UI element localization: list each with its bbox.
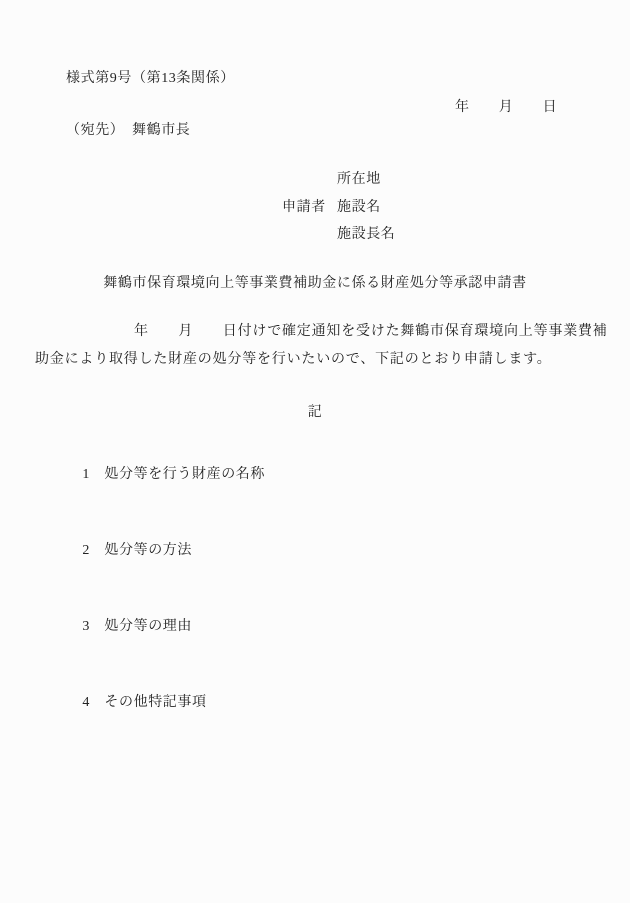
list-item-label: 処分等を行う財産の名称: [104, 467, 265, 482]
form-number: 様式第9号（第13条関係）: [66, 72, 235, 86]
list-item-label: その他特記事項: [104, 695, 206, 710]
applicant-field-facility-head: 施設長名: [337, 228, 395, 242]
applicant-field-facility-name: 施設名: [337, 201, 381, 215]
applicant-label: 申請者: [282, 201, 326, 215]
list-item-number: 3: [82, 620, 104, 634]
list-item-label: 処分等の方法: [104, 543, 192, 558]
applicant-field-address: 所在地: [337, 173, 381, 187]
list-item-disposal-reason: 3処分等の理由: [66, 606, 192, 648]
date-line: 年 月 日: [455, 101, 557, 115]
list-item-label: 処分等の理由: [104, 619, 192, 634]
list-item-number: 2: [82, 544, 104, 558]
document-title: 舞鶴市保育環境向上等事業費補助金に係る財産処分等承認申請書: [0, 277, 630, 291]
list-item-number: 4: [82, 696, 104, 710]
document-page: 様式第9号（第13条関係） 年 月 日 （宛先） 舞鶴市長 所在地 申請者 施設…: [0, 0, 630, 903]
body-paragraph-line-1: 年 月 日付けで確定通知を受けた舞鶴市保育環境向上等事業費補: [134, 325, 608, 339]
body-paragraph-line-2: 助金により取得した財産の処分等を行いたいので、下記のとおり申請します。: [35, 353, 552, 367]
addressee-line: （宛先） 舞鶴市長: [66, 124, 190, 138]
list-heading-ki: 記: [0, 406, 630, 420]
list-item-disposal-method: 2処分等の方法: [66, 530, 192, 572]
list-item-property-name: 1処分等を行う財産の名称: [66, 454, 265, 496]
list-item-other-notes: 4その他特記事項: [66, 682, 207, 724]
list-item-number: 1: [82, 468, 104, 482]
